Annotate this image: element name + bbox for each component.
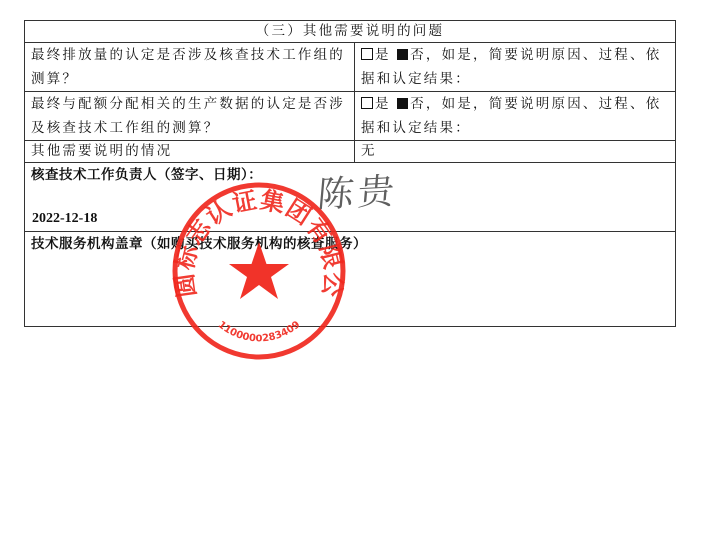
table-row: 其他需要说明的情况 无 <box>25 141 676 163</box>
signoff-date: 2022-12-18 <box>32 207 97 231</box>
yes-checkbox[interactable] <box>361 97 373 109</box>
yes-checkbox[interactable] <box>361 48 373 60</box>
stamp-label: 技术服务机构盖章（如购买技术服务机构的核查服务） <box>31 236 367 252</box>
question-cell: 其他需要说明的情况 <box>25 141 355 163</box>
handwritten-signature: 陈贵 <box>316 163 401 218</box>
question-cell: 最终排放量的认定是否涉及核查技术工作组的测算？ <box>25 43 355 92</box>
answer-cell: 是 否，如是，简要说明原因、过程、依据和认定结果： <box>355 92 676 141</box>
signoff-label: 核查技术工作负责人（签字、日期）： <box>31 167 262 183</box>
no-checkbox-checked[interactable] <box>397 98 408 109</box>
table-row: 最终与配额分配相关的生产数据的认定是否涉及核查技术工作组的测算？ 是 否，如是，… <box>25 92 676 141</box>
yes-label: 是 <box>375 96 391 112</box>
answer-cell: 无 <box>355 141 676 163</box>
yes-label: 是 <box>375 47 391 63</box>
answer-cell: 是 否，如是，简要说明原因、过程、依据和认定结果： <box>355 43 676 92</box>
table-row: 最终排放量的认定是否涉及核查技术工作组的测算？ 是 否，如是，简要说明原因、过程… <box>25 43 676 92</box>
no-checkbox-checked[interactable] <box>397 49 408 60</box>
question-cell: 最终与配额分配相关的生产数据的认定是否涉及核查技术工作组的测算？ <box>25 92 355 141</box>
stamp-cell: 技术服务机构盖章（如购买技术服务机构的核查服务） <box>25 232 676 327</box>
section-title: （三）其他需要说明的问题 <box>25 21 676 43</box>
